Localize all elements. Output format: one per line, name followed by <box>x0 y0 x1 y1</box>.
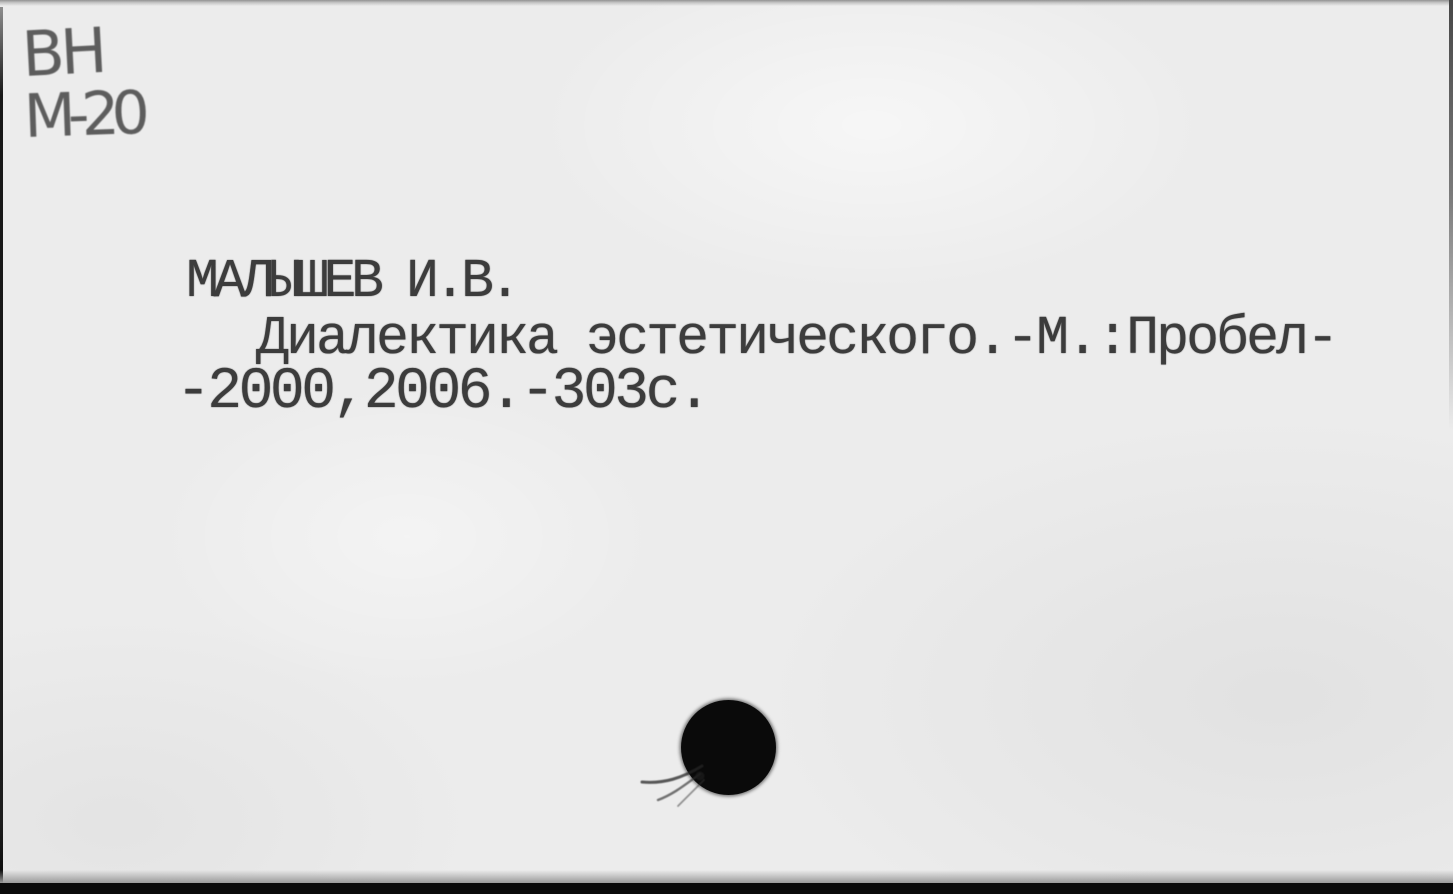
scan-edge-top <box>0 0 1453 6</box>
title-line: Диалектика эстетического.-М.:Пробел- <box>256 311 1336 366</box>
scan-edge-left <box>0 7 3 894</box>
scan-edge-right <box>1449 0 1453 430</box>
catalog-card-scan: ВН М-20 МАЛЫШЕВ И.В. Диалектика эстетиче… <box>0 0 1453 894</box>
call-number-line-2: М-20 <box>23 78 143 152</box>
imprint-line: -2000,2006.-303с. <box>176 364 708 422</box>
author-line: МАЛЫШЕВ И.В. <box>186 254 516 309</box>
hole-punch-smudge <box>630 742 750 822</box>
scan-edge-bottom <box>0 883 1453 894</box>
scan-edge-bottom-fade <box>0 870 1453 883</box>
